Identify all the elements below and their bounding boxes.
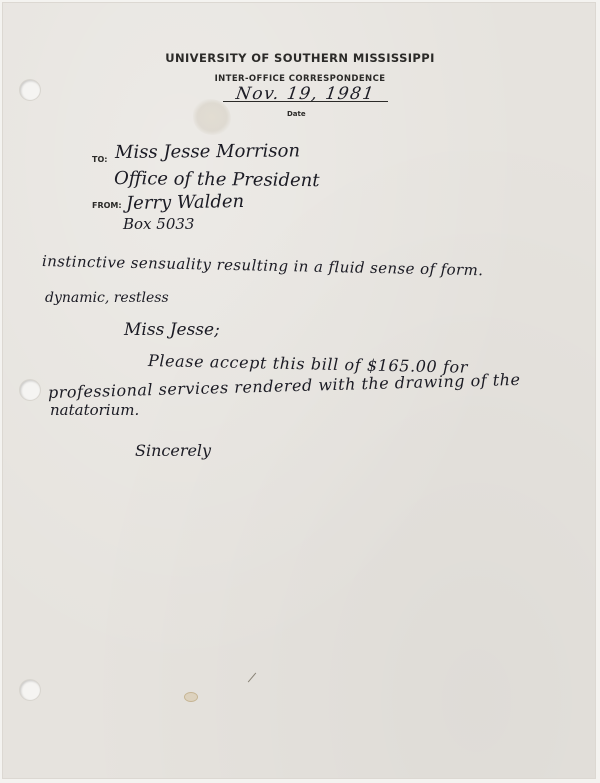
form-title: INTER-OFFICE CORRESPONDENCE (0, 74, 600, 84)
punch-hole-middle (20, 380, 40, 400)
to-label: TO: (92, 155, 107, 164)
body-line: natatorium. (50, 401, 139, 419)
institution-name: UNIVERSITY OF SOUTHERN MISSISSIPPI (0, 51, 600, 65)
date-value: Nov. 19, 1981 (235, 84, 377, 104)
closing: Sincerely (135, 441, 211, 460)
salutation: Miss Jesse; (124, 320, 220, 340)
date-label: Date (287, 110, 306, 118)
from-box: Box 5033 (123, 215, 194, 233)
note-line: dynamic, restless (45, 290, 169, 306)
paper-stain (193, 99, 231, 135)
to-name: Miss Jesse Morrison (115, 140, 300, 163)
to-office: Office of the President (114, 168, 320, 191)
from-label: FROM: (92, 201, 122, 210)
punch-hole-bottom (20, 680, 40, 700)
pencil-mark (248, 673, 256, 683)
paper-stain (184, 692, 198, 702)
from-name: Jerry Walden (126, 191, 245, 214)
